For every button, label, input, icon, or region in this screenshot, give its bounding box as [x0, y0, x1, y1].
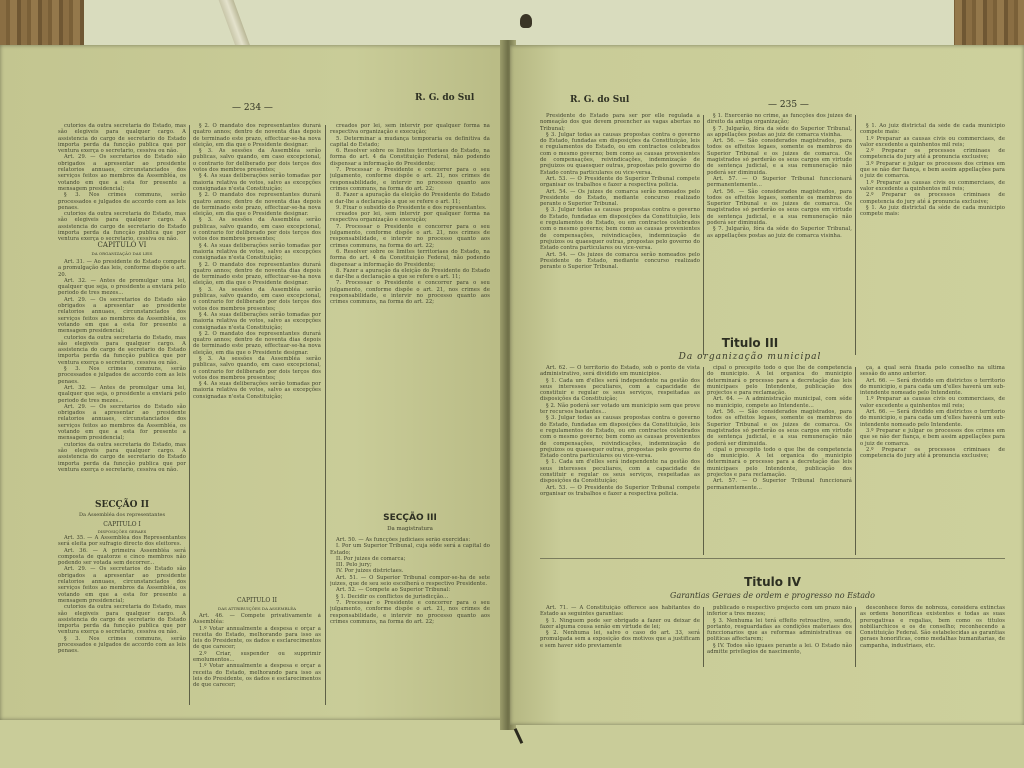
paragraph: § 3. As sessões da Assembléa serão publi… — [193, 356, 321, 381]
seccao-iii-heading: SECÇÃO III — [330, 513, 490, 523]
paragraph: Art. 56. — São considerados magistrados,… — [707, 409, 852, 447]
paragraph: 2.º Preparar os processos criminaes de c… — [860, 447, 1005, 460]
capitulo-i-heading: CAPITULO I — [58, 521, 186, 528]
left-page: — 234 — R. G. do Sul cutorios da outra s… — [0, 45, 505, 720]
seccao-ii-heading: SECÇÃO II — [58, 500, 186, 510]
paragraph: § 3. Julgar todas as causas propostas co… — [540, 207, 700, 251]
paragraph: I. Por um Superior Tribunal, cuja séde s… — [330, 543, 490, 556]
left-col-3-bottom: Art. 50. — As funcções judiciaes serão e… — [330, 537, 490, 705]
paragraph: § IV. Todos são iguaes perante a lei. O … — [707, 643, 852, 656]
paragraph: 1.º Preparar as causas civis ou commerci… — [860, 136, 1005, 149]
paragraph: Art. 64. — A administração municipal, co… — [707, 396, 852, 409]
capitulo-vi-subheading: DA ORGANIZAÇÃO DAS LEIS — [58, 251, 186, 256]
column-divider — [855, 367, 856, 555]
paragraph: 7. Processar o Presidente e concorrer pa… — [330, 280, 490, 305]
paragraph: § 1. Ao juiz districtal da séde de cada … — [860, 205, 1005, 218]
paragraph: Art. 29. — Os secretarios do Estado são … — [58, 154, 186, 192]
paragraph: 3.º Preparar e julgar os processos dos c… — [860, 428, 1005, 447]
paragraph: § 4. As suas deliberações serão tomadas … — [193, 312, 321, 331]
paragraph: 8. Fazer a apuração da eleição do Presid… — [330, 192, 490, 205]
paragraph: § 2. O mandato dos representantes durará… — [193, 192, 321, 217]
paragraph: cutorios da outra secretaria do Estado, … — [58, 442, 186, 473]
paragraph: creados por lei, sem intervir por qualqu… — [330, 123, 490, 136]
paragraph: creados por lei, sem intervir por qualqu… — [330, 211, 490, 224]
paragraph: § 1. Ao juiz districtal da séde de cada … — [860, 123, 1005, 136]
paragraph: 6. Resolver sobre os limites territoriae… — [330, 249, 490, 268]
paragraph: 1.º Preparar as causas civis ou commerci… — [860, 396, 1005, 409]
paragraph: Art. 57. — O Superior Tribunal funcciona… — [707, 478, 852, 491]
paragraph: Art. 29. — Os secretarios do Estado são … — [58, 566, 186, 604]
column-divider — [855, 115, 856, 355]
left-page-number: — 234 — — [232, 103, 273, 113]
paragraph: Presidente do Estado para ser por elle r… — [540, 113, 700, 132]
paragraph: § 2. Não poderá ser votado um municipio … — [540, 403, 700, 416]
column-divider — [325, 125, 326, 705]
paragraph: § 3. As sessões da Assembléa serão publi… — [193, 287, 321, 312]
paragraph: 5. Determinar a mudança temporaria ou de… — [330, 136, 490, 149]
paragraph: Art. 56. — São considerados magistrados,… — [707, 138, 852, 176]
paragraph: § 1. Cada um d'elles será independente n… — [540, 378, 700, 403]
paragraph: cutorios da outra secretaria do Estado, … — [58, 604, 186, 635]
paragraph: Art. 53. — O Presidente do Superior Trib… — [540, 485, 700, 498]
paragraph: Art. 54. — Os juizes de comarca serão no… — [540, 189, 700, 208]
titulo-iv-col-3: desconhece foros de nobreza, considera e… — [860, 605, 1005, 705]
paragraph: cutorios da outra secretaria do Estado, … — [58, 211, 186, 242]
paragraph: publicado o respectivo projecto com um p… — [707, 605, 852, 618]
paragraph: 7. Processar o Presidente e concorrer pa… — [330, 600, 490, 625]
titulo-iii-heading: Titulo III — [540, 336, 960, 350]
right-col-3-top: § 1. Ao juiz districtal da séde de cada … — [860, 123, 1005, 358]
paragraph: § 3. Nos crimes communs, serão processad… — [58, 636, 186, 655]
paragraph: Art. 36. — A primeira Assembléa será com… — [58, 548, 186, 567]
paragraph: Art. 71. — A Constituição offerece aos h… — [540, 605, 700, 618]
titulo-iv-subtitle: Garantias Geraes de ordem e progresso no… — [540, 591, 1005, 600]
paragraph: Art. 29. — Os secretarios do Estado são … — [58, 404, 186, 442]
paragraph: Art. 66. — Será dividido em districtos o… — [860, 409, 1005, 428]
paragraph: 1.º Votar annualmente a despesa e orçar … — [193, 626, 321, 651]
paragraph: 3.º Preparar e julgar os processos dos c… — [860, 161, 1005, 180]
paragraph: cutorios da outra secretaria do Estado, … — [58, 123, 186, 154]
paragraph: Art. 31. — Ao presidente do Estado compe… — [58, 259, 186, 278]
paragraph: Art. 51. — O Superior Tribunal compor-se… — [330, 575, 490, 588]
left-col-3-top: creados por lei, sem intervir por qualqu… — [330, 123, 490, 503]
paragraph: § 3. Julgar todas as causas propostas co… — [540, 132, 700, 176]
seccao-ii-subheading: Da Assembléa dos representantes — [58, 512, 186, 518]
paragraph: § 3. Nenhuma lei terá effeito retroactiv… — [707, 618, 852, 643]
paragraph: 7. Processar o Presidente e concorrer pa… — [330, 224, 490, 249]
paragraph: Art. 46. — Compete privativamente á Asse… — [193, 613, 321, 626]
right-col-2-middle: cipal o precepito todo o que lhe de comp… — [707, 365, 852, 555]
paragraph: § 4. As suas deliberações serão tomadas … — [193, 173, 321, 192]
paragraph: § 2. Nenhuma lei, salvo o caso do art. 3… — [540, 630, 700, 649]
paragraph: cutorios da outra secretaria do Estado, … — [58, 335, 186, 366]
right-col-3-middle: ça, a qual será fixada pelo conselho na … — [860, 365, 1005, 555]
binder-clip — [520, 14, 532, 28]
paragraph: 8. Fazer a apuração da eleição do Presid… — [330, 268, 490, 281]
paragraph: § 3. Nos crimes communs, serão processad… — [58, 366, 186, 385]
paragraph: Art. 32. — Antes de promulgar uma lei, q… — [58, 278, 186, 297]
paragraph: desconhece foros de nobreza, considera e… — [860, 605, 1005, 649]
paragraph: 6. Resolver sobre os limites territoriae… — [330, 148, 490, 167]
paragraph: § 4. As suas deliberações serão tomadas … — [193, 381, 321, 400]
paragraph: § 7. Julgarão, fóra da séde do Superior … — [707, 226, 852, 239]
paragraph: § 2. O mandato dos representantes durará… — [193, 123, 321, 148]
paragraph: 7. Processar o Presidente e concorrer pa… — [330, 167, 490, 192]
paragraph: cipal o precepito todo o que lhe de comp… — [707, 365, 852, 396]
paragraph: 2.º Preparar os processos criminaes de c… — [860, 148, 1005, 161]
column-divider — [703, 367, 704, 555]
left-col-1-bottom: Art. 35. — A Assembléa dos Representante… — [58, 535, 186, 705]
paragraph: Art. 66. — Será dividido em districtos o… — [860, 378, 1005, 397]
column-divider — [703, 115, 704, 355]
right-col-1-top: Presidente do Estado para ser por elle r… — [540, 113, 700, 358]
right-page: R. G. do Sul — 235 — Presidente do Estad… — [510, 45, 1024, 725]
right-col-2-top: § 1. Exercerão no crime, as funcções dos… — [707, 113, 852, 358]
section-divider — [540, 558, 1005, 559]
paragraph: Art. 32. — Antes de promulgar uma lei, q… — [58, 385, 186, 404]
seccao-iii-subheading: Da magistratura — [330, 526, 490, 532]
titulo-iv-heading: Titulo IV — [540, 575, 1005, 589]
capitulo-ii-subheading: DAS ATTRIBUIÇÕES DA ASSEMBLÉA — [193, 606, 321, 611]
paragraph: 2.º Criar, suspender ou supprimir emolum… — [193, 651, 321, 664]
paragraph: Art. 35. — A Assembléa dos Representante… — [58, 535, 186, 548]
titulo-iv-col-2: publicado o respectivo projecto com um p… — [707, 605, 852, 705]
paragraph: § 1. Ninguem pode ser obrigado a fazer o… — [540, 618, 700, 631]
left-col-1-middle: Art. 31. — Ao presidente do Estado compe… — [58, 259, 186, 489]
paragraph: § 3. Julgar todas as causas propostas co… — [540, 415, 700, 459]
capitulo-vi-heading: CAPITULO VI — [58, 241, 186, 249]
left-col-2-top: § 2. O mandato dos representantes durará… — [193, 123, 321, 573]
left-col-2-bottom: Art. 46. — Compete privativamente á Asse… — [193, 613, 321, 705]
paragraph: § 3. Nos crimes communs, serão processad… — [58, 192, 186, 211]
paragraph: Art. 56. — São considerados magistrados,… — [707, 189, 852, 227]
right-page-number: — 235 — — [768, 100, 809, 110]
paragraph: ça, a qual será fixada pelo conselho na … — [860, 365, 1005, 378]
right-running-header: R. G. do Sul — [570, 95, 629, 105]
paragraph: Art. 62. — O territorio do Estado, sob o… — [540, 365, 700, 378]
paragraph: cipal o precepito todo o que lhe de comp… — [707, 447, 852, 478]
paragraph: 1.º Votar annualmente a despesa e orçar … — [193, 663, 321, 688]
column-divider — [703, 607, 704, 667]
paragraph: Art. 57. — O Superior Tribunal funcciona… — [707, 176, 852, 189]
column-divider — [189, 125, 190, 705]
capitulo-ii-heading: CAPITULO II — [193, 597, 321, 604]
left-running-header: R. G. do Sul — [415, 93, 474, 103]
column-divider — [855, 607, 856, 667]
paragraph: 1.º Preparar as causas civis ou commerci… — [860, 180, 1005, 193]
paragraph: § 4. As suas deliberações serão tomadas … — [193, 243, 321, 262]
paragraph: Art. 54. — Os juizes de comarca serão no… — [540, 252, 700, 271]
paragraph: § 3. As sessões da Assembléa serão publi… — [193, 217, 321, 242]
capitulo-i-subheading: DISPOSIÇÕES GERAES — [58, 529, 186, 534]
titulo-iv-col-1: Art. 71. — A Constituição offerece aos h… — [540, 605, 700, 705]
paragraph: § 1. Exercerão no crime, as funcções dos… — [707, 113, 852, 126]
paragraph: § 7. Julgarão, fóra da séde do Superior … — [707, 126, 852, 139]
paragraph: 2.º Preparar os processos criminaes de c… — [860, 192, 1005, 205]
paragraph: § 2. O mandato dos representantes durará… — [193, 262, 321, 287]
titulo-iii-subtitle: Da organização municipal — [540, 352, 960, 362]
paragraph: § 3. As sessões da Assembléa serão publi… — [193, 148, 321, 173]
right-col-1-middle: Art. 62. — O territorio do Estado, sob o… — [540, 365, 700, 555]
paragraph: § 2. O mandato dos representantes durará… — [193, 331, 321, 356]
paragraph: § 1. Cada um d'elles será independente n… — [540, 459, 700, 484]
paragraph: Art. 53. — O Presidente do Superior Trib… — [540, 176, 700, 189]
paragraph: Art. 29. — Os secretarios do Estado são … — [58, 297, 186, 335]
